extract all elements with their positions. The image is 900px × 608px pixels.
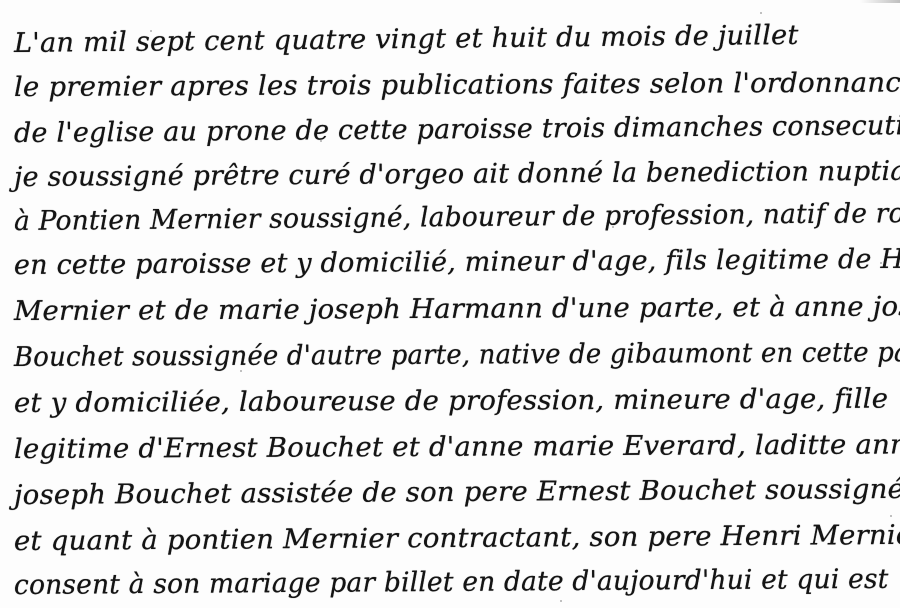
manuscript-line-10: legitime d'Ernest Bouchet et d'anne mari… xyxy=(14,429,900,465)
manuscript-line-5: à Pontien Mernier soussigné, laboureur d… xyxy=(14,197,900,237)
manuscript-line-13: consent à son mariage par billet en date… xyxy=(14,564,889,601)
manuscript-line-3: de l'eglise au prone de cette paroisse t… xyxy=(14,110,900,149)
manuscript-line-12: et quant à pontien Mernier contractant, … xyxy=(14,520,900,557)
manuscript-line-7: Mernier et de marie joseph Harmann d'une… xyxy=(14,291,900,327)
scan-edge-shadow xyxy=(860,0,900,3)
manuscript-line-8: Bouchet soussignée d'autre parte, native… xyxy=(14,337,900,373)
manuscript-line-1: L'an mil sept cent quatre vingt et huit … xyxy=(14,20,799,59)
manuscript-line-6: en cette paroisse et y domicilié, mineur… xyxy=(14,243,900,281)
manuscript-line-11: joseph Bouchet assistée de son pere Erne… xyxy=(14,474,900,511)
scan-speck xyxy=(430,45,432,47)
manuscript-line-4: je soussigné prêtre curé d'orgeo ait don… xyxy=(14,156,900,193)
manuscript-line-9: et y domiciliée, laboureuse de professio… xyxy=(14,384,888,419)
scan-speck xyxy=(320,140,322,142)
scan-speck xyxy=(760,12,762,14)
scan-speck xyxy=(240,370,242,372)
scanned-manuscript-page: L'an mil sept cent quatre vingt et huit … xyxy=(0,0,900,608)
scan-speck xyxy=(150,30,152,32)
scan-speck xyxy=(880,262,882,264)
manuscript-line-2: le premier apres les trois publications … xyxy=(14,67,900,103)
scan-speck xyxy=(612,226,614,228)
scan-speck xyxy=(560,600,562,602)
scan-speck xyxy=(890,515,892,517)
